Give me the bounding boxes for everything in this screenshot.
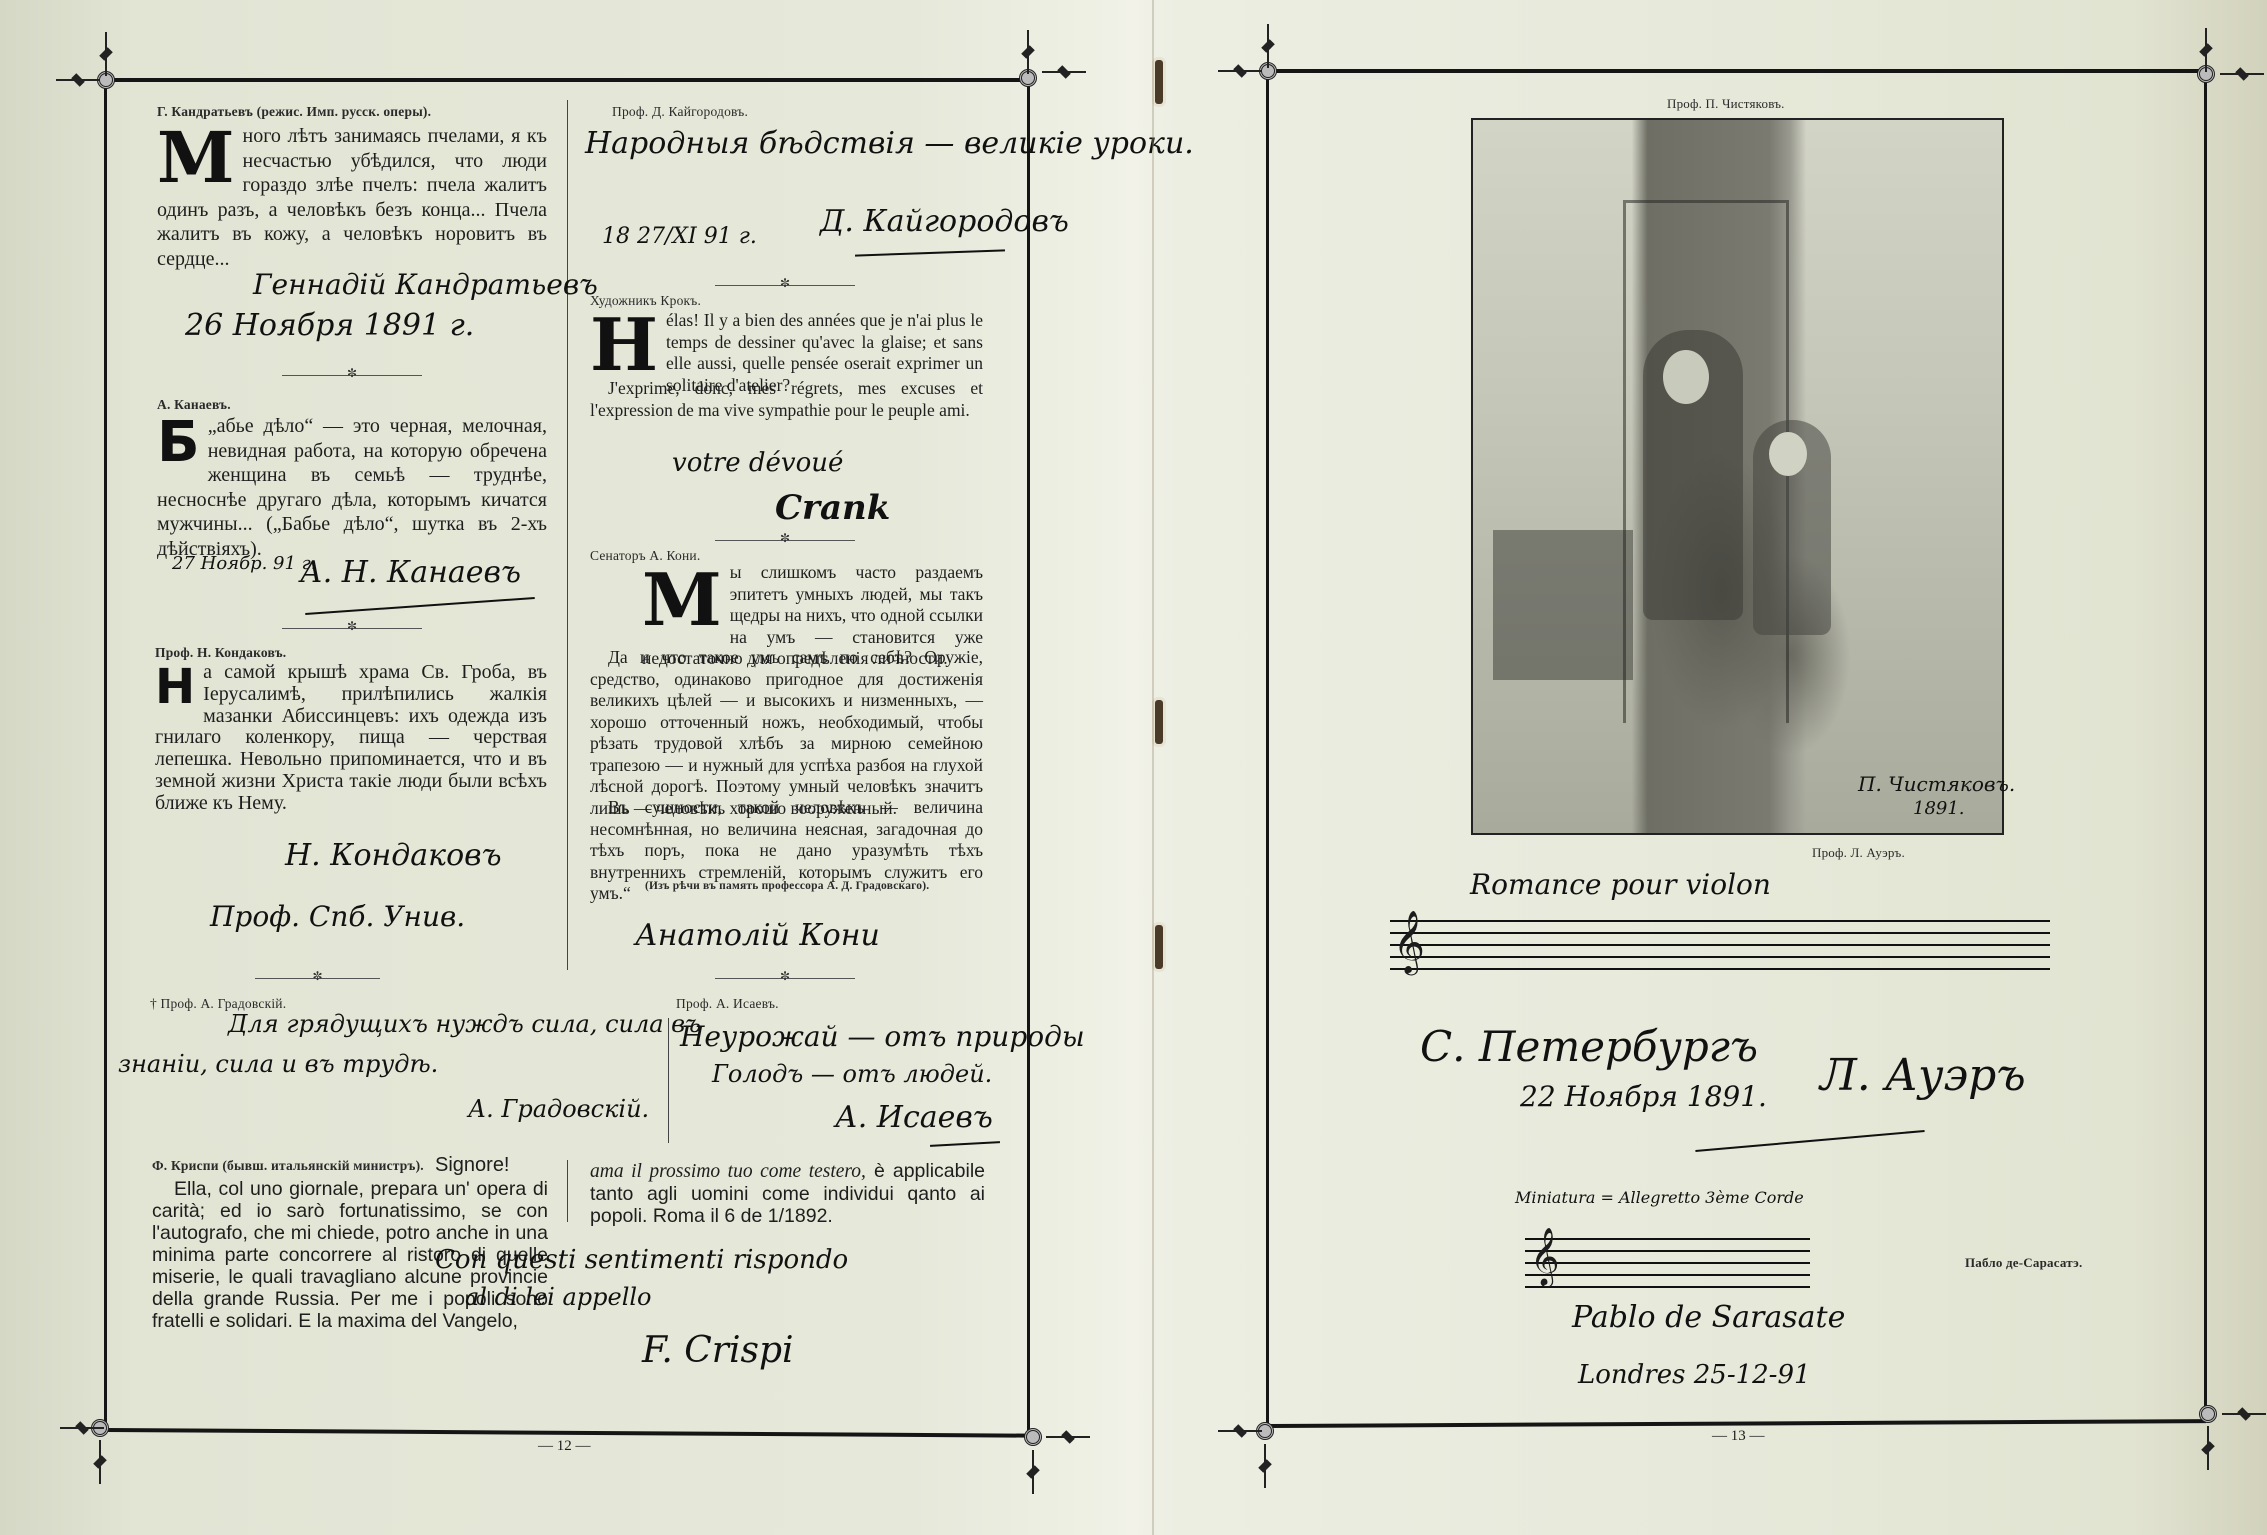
drop-cap: М: [157, 127, 235, 189]
handwritten-signature: Crank: [775, 488, 890, 528]
signature-flourish: [855, 249, 1005, 256]
handwritten-signature: Pablo de Sarasate: [1572, 1300, 1845, 1335]
corner-ornament-icon: [2220, 73, 2264, 75]
entry-author: Пабло де-Сарасатэ.: [1965, 1255, 2082, 1271]
handwritten-signature: А. Исаевъ: [835, 1100, 993, 1135]
signature-flourish: [305, 597, 535, 615]
picture-year: 1891.: [1913, 798, 1965, 819]
left-frame-top: [106, 78, 1028, 82]
right-frame-top: [1268, 69, 2206, 73]
handwritten-closing: Con questi sentimenti rispondo: [435, 1245, 848, 1275]
page-number: — 13 —: [1712, 1428, 1765, 1445]
corner-ornament-icon: [2205, 28, 2207, 72]
handwritten-closing: votre dévoué: [672, 448, 843, 478]
drop-cap: Б: [157, 417, 200, 469]
corner-ornament-icon: [56, 79, 100, 81]
entry-author: Проф. Д. Кайгородовъ.: [612, 104, 748, 120]
handwritten-place: С. Петербургъ: [1420, 1022, 1758, 1071]
treble-clef-icon: 𝄞: [1530, 1226, 1560, 1286]
figure-boy-head: [1663, 350, 1709, 404]
corner-ornament-icon: [1042, 71, 1086, 73]
treble-clef-icon: 𝄞: [1393, 910, 1425, 974]
handwritten-subtitle: Проф. Спб. Унив.: [210, 900, 465, 933]
corner-ornament-icon: [105, 32, 107, 76]
corner-ornament-icon: [1027, 30, 1029, 74]
section-separator: [255, 978, 380, 979]
handwritten-quote: Неурожай — отъ природы: [680, 1020, 1085, 1053]
section-separator: [715, 285, 855, 286]
corner-ornament-icon: [60, 1427, 104, 1429]
entry-text-continued: J'exprime, donc, mes régrets, mes excuse…: [590, 378, 983, 421]
entry-text: Н а самой крышѣ храма Св. Гроба, въ Іеру…: [155, 662, 547, 815]
page-number: — 12 —: [538, 1438, 591, 1455]
signature-flourish: [1695, 1130, 1924, 1152]
drop-cap: М: [642, 565, 722, 635]
figure-girl-head: [1769, 432, 1807, 476]
binding-staple: [1155, 925, 1163, 969]
music-staff: [1390, 920, 2050, 968]
binding-staple: [1155, 60, 1163, 104]
section-separator: [282, 375, 422, 376]
handwritten-signature: Л. Ауэръ: [1820, 1050, 2026, 1101]
table: [1493, 530, 1633, 680]
handwritten-date: Londres 25-12-91: [1578, 1360, 1811, 1390]
right-frame-left: [1266, 69, 1269, 1429]
entry-author: Проф. Л. Ауэръ.: [1812, 845, 1905, 861]
section-separator: [282, 628, 422, 629]
corner-ornament-icon: [1267, 24, 1269, 68]
column-divider: [567, 1160, 568, 1222]
entry-text: М ного лѣтъ занимаясь пчелами, я къ несч…: [157, 124, 547, 271]
handwritten-tempo: Miniatura = Allegretto 3ème Corde: [1515, 1188, 1804, 1207]
handwritten-title: Romance pour violon: [1470, 868, 1771, 901]
handwritten-quote: Для грядущихъ нуждъ сила, сила въ: [228, 1010, 701, 1038]
handwritten-signature: F. Crispi: [642, 1330, 794, 1371]
handwritten-date: 26 Ноября 1891 г.: [185, 308, 474, 343]
entry-source: (Изъ рѣчи въ память профессора А. Д. Гра…: [645, 880, 929, 892]
handwritten-quote: Народныя бѣдствія — великіе уроки.: [585, 126, 1194, 161]
section-separator: [715, 540, 855, 541]
left-frame-right: [1027, 78, 1030, 1436]
column-divider: [668, 1018, 669, 1143]
corner-ornament-icon: [1046, 1436, 1090, 1438]
right-frame-bottom: [1268, 1419, 2206, 1428]
entry-author: Проф. П. Чистяковъ.: [1667, 96, 1785, 112]
binding-staple: [1155, 700, 1163, 744]
handwritten-signature: Н. Кондаковъ: [285, 838, 502, 873]
section-separator: [715, 978, 855, 979]
corner-ornament-icon: [1024, 1428, 1042, 1446]
signature-flourish: [930, 1141, 1000, 1147]
right-frame-right: [2204, 69, 2207, 1421]
entry-text-continued: ama il prossimo tuo come testero, è appl…: [590, 1160, 985, 1227]
entry-text: Б „абье дѣло“ — это черная, мелочная, не…: [157, 414, 547, 561]
corner-ornament-icon: [99, 1440, 101, 1484]
entry-author: Ф. Криспи (бывш. итальянскій министръ).: [152, 1158, 424, 1174]
handwritten-quote: знаніи, сила и въ трудѣ.: [118, 1050, 438, 1078]
drop-cap: H: [590, 312, 658, 378]
corner-ornament-icon: [1218, 70, 1262, 72]
column-divider: [567, 100, 568, 970]
corner-ornament-icon: [1264, 1444, 1266, 1488]
handwritten-signature: Д. Кайгородовъ: [820, 204, 1069, 239]
entry-salutation: Signore!: [435, 1153, 510, 1178]
drop-cap: Н: [155, 665, 195, 709]
handwritten-signature: А. Н. Канаевъ: [300, 555, 521, 590]
corner-ornament-icon: [1218, 1430, 1262, 1432]
corner-ornament-icon: [2199, 1405, 2217, 1423]
handwritten-date: 22 Ноября 1891.: [1520, 1080, 1767, 1113]
corner-ornament-icon: [2207, 1426, 2209, 1470]
spine-fold: [1152, 0, 1154, 1535]
left-frame-bottom: [106, 1428, 1028, 1438]
corner-ornament-icon: [1032, 1450, 1034, 1494]
music-staff: [1525, 1238, 1810, 1286]
handwritten-signature: Геннадій Кандратьевъ: [253, 268, 598, 301]
left-frame-left: [104, 78, 107, 1430]
handwritten-closing: al di lei appello: [465, 1283, 652, 1311]
handwritten-date: 27 Ноябр. 91 г.: [172, 553, 316, 574]
picture-signature: П. Чистяковъ.: [1858, 772, 2015, 796]
illustration-children-in-doorway: П. Чистяковъ. 1891.: [1471, 118, 2004, 835]
corner-ornament-icon: [2222, 1413, 2266, 1415]
handwritten-signature: А. Градовскій.: [468, 1095, 649, 1123]
handwritten-signature: Анатолій Кони: [635, 918, 880, 953]
entry-author: Проф. А. Исаевъ.: [676, 996, 779, 1012]
handwritten-date: 18 27/XI 91 г.: [602, 224, 757, 249]
handwritten-quote: Голодъ — отъ людей.: [712, 1060, 992, 1088]
entry-text-continued: Да и что такое умъ самъ по себѣ? Оружіе,…: [590, 647, 983, 819]
